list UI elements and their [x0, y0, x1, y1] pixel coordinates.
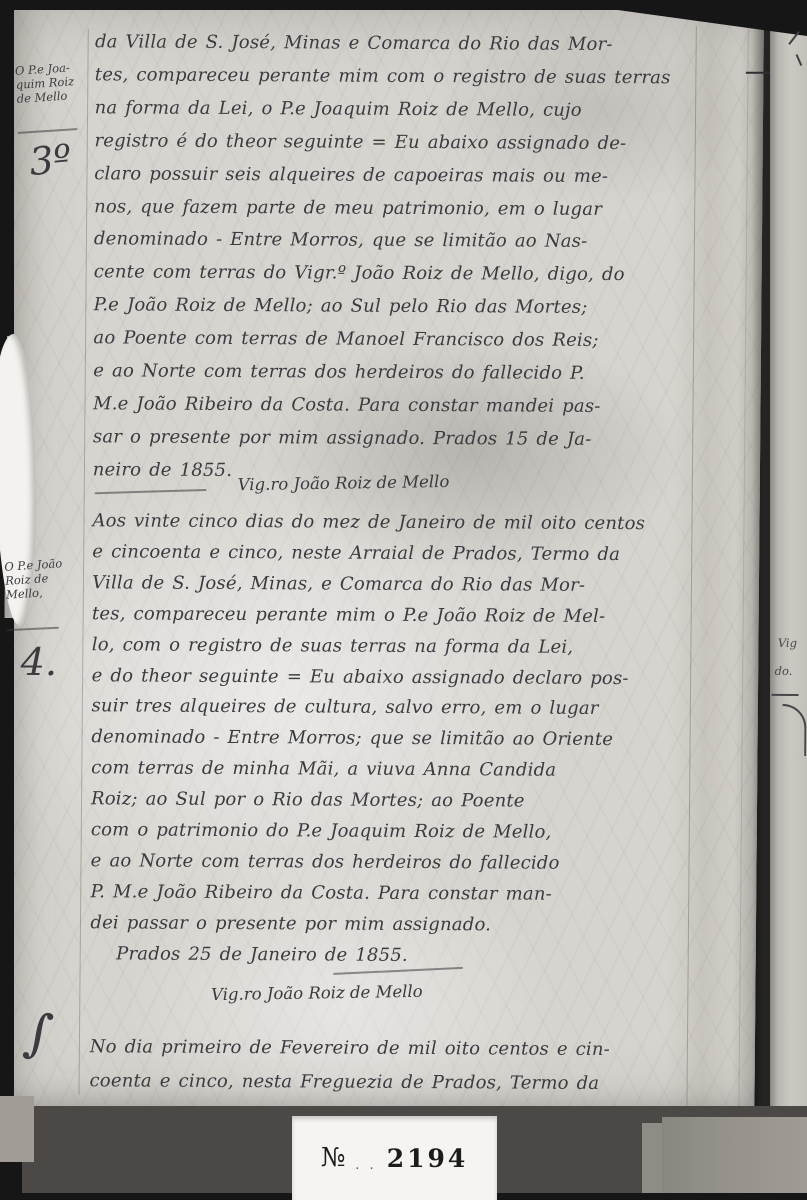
text-line: Aos vinte cinco dias do mez de Janeiro d… [92, 506, 707, 540]
pen-curve-stroke [782, 704, 806, 756]
margin-note-joaquim: O P.e Joa- quim Roiz de Mello [14, 60, 75, 106]
text-line: Roiz; ao Sul por o Rio das Mortes; ao Po… [91, 784, 706, 818]
record-2-text: Aos vinte cinco dias do mez de Janeiro d… [90, 506, 707, 973]
margin-note-line: de Mello [16, 88, 75, 106]
text-line: com o patrimonio do P.e Joaquim Roiz de … [91, 815, 706, 849]
text-line: cente com terras do Vigr.º João Roiz de … [94, 257, 709, 293]
text-line: claro possuir seis alqueires de capoeira… [94, 158, 709, 194]
edge-text-fragment: Vig [778, 636, 797, 650]
text-line: nos, que fazem parte de meu patrimonio, … [94, 191, 709, 227]
text-line: na forma da Lei, o P.e Joaquim Roiz de M… [95, 92, 710, 128]
text-line: denominado - Entre Morros, que se limitã… [94, 224, 709, 260]
catalog-number: 2194 [387, 1144, 469, 1173]
text-line: ao Poente com terras de Manoel Francisco… [93, 322, 708, 358]
text-line: e ao Norte com terras dos herdeiros do f… [91, 846, 706, 880]
numero-sign: № [321, 1143, 346, 1173]
entry-number-4: 4. [21, 642, 57, 682]
text-line: tes, compareceu perante mim o P.e João R… [92, 599, 707, 633]
handwriting-layer: O P.e Joa- quim Roiz de Mello 3º O P.e J… [0, 0, 807, 1200]
text-line: No dia primeiro de Fevereiro de mil oito… [90, 1030, 705, 1067]
text-line: P. M.e João Ribeiro da Costa. Para const… [90, 877, 705, 911]
text-line: e cincoenta e cinco, neste Arraial de Pr… [92, 537, 707, 571]
text-line: com terras de minha Mãi, a viuva Anna Ca… [91, 754, 706, 788]
text-line: P.e João Roiz de Mello; ao Sul pelo Rio … [94, 290, 709, 326]
signature-vigario: Vig.ro João Roiz de Mello [238, 472, 450, 494]
margin-note-underline [7, 627, 59, 631]
text-line: tes, compareceu perante mim com o regist… [95, 59, 710, 95]
text-line: denominado - Entre Morros; que se limitã… [91, 723, 706, 757]
signature-vigario: Vig.ro João Roiz de Mello [211, 982, 423, 1004]
text-line: registro é do theor seguinte = Eu abaixo… [94, 125, 709, 161]
pen-dash [772, 694, 799, 696]
margin-note-underline [18, 128, 78, 134]
margin-note-line: Mello, [6, 584, 65, 602]
date-flourish [95, 489, 207, 494]
text-line: Villa de S. José, Minas, e Comarca do Ri… [92, 568, 707, 602]
pen-dash [746, 72, 770, 74]
edge-text-fragment: do. [775, 664, 793, 678]
margin-flourish: ∫ [21, 1006, 55, 1061]
pen-stroke [796, 54, 803, 66]
text-line: lo, com o registro de suas terras na for… [92, 630, 707, 664]
text-line: M.e João Ribeiro da Costa. Para constar … [93, 388, 708, 424]
record-1-text: da Villa de S. José, Minas e Comarca do … [93, 26, 710, 490]
text-line: suir tres alqueires de cultura, salvo er… [91, 692, 706, 726]
text-line: e ao Norte com terras dos herdeiros do f… [93, 355, 708, 391]
entry-number-3: 3º [27, 138, 73, 182]
text-line: e do theor seguinte = Eu abaixo assignad… [92, 661, 707, 695]
text-line: dei passar o presente por mim assignado. [90, 908, 705, 942]
text-line: da Villa de S. José, Minas e Comarca do … [95, 26, 710, 62]
scanned-manuscript-page: O P.e Joa- quim Roiz de Mello 3º O P.e J… [0, 0, 807, 1200]
record-3-text: No dia primeiro de Fevereiro de mil oito… [89, 1030, 704, 1100]
margin-note-joao: O P.e João Roiz de Mello, [4, 556, 65, 602]
text-line: coenta e cinco, nesta Freguezia de Prado… [89, 1064, 704, 1101]
leader-dots: . . [355, 1158, 376, 1173]
pen-stroke [788, 31, 799, 45]
catalog-number-label: № . . 2194 [292, 1116, 497, 1200]
text-line: Prados 25 de Janeiro de 1855. [116, 939, 705, 973]
text-line: sar o presente por mim assignado. Prados… [93, 421, 708, 457]
